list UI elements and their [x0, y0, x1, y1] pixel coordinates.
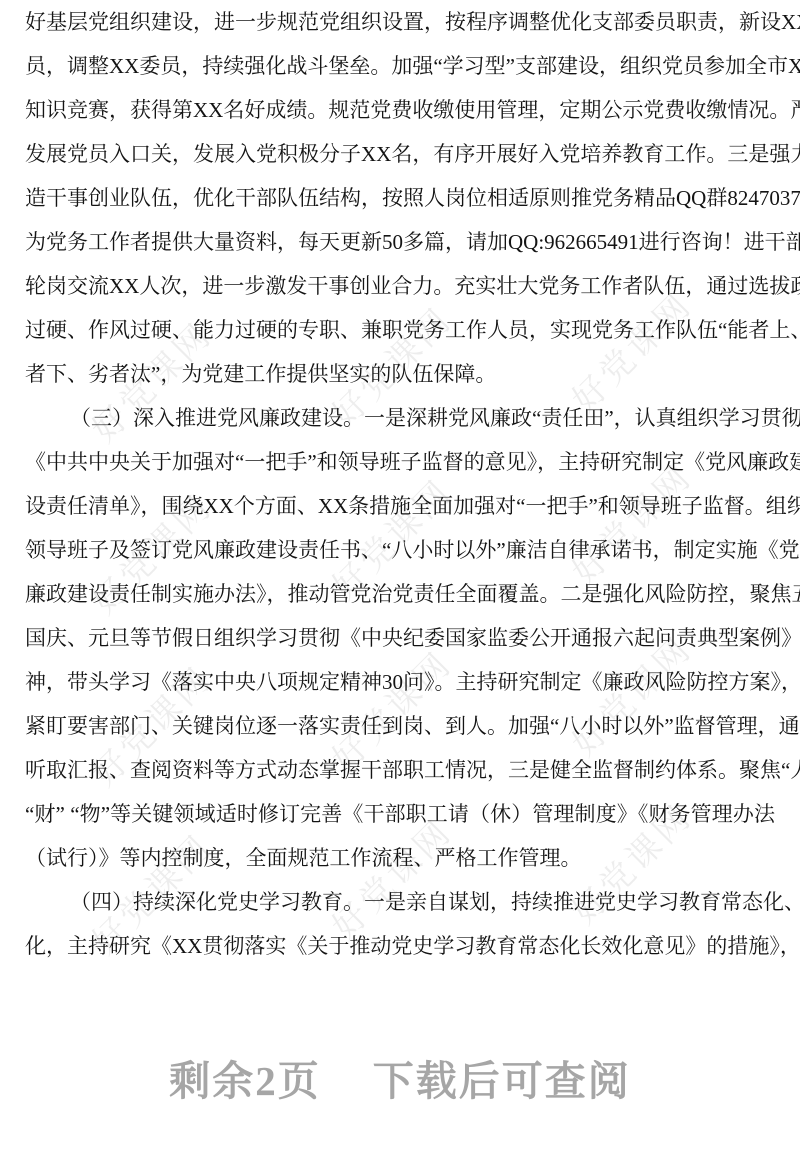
- text-line: （试行）》等内控制度，全面规范工作流程、严格工作管理。: [25, 836, 775, 880]
- text-line: 过硬、作风过硬、能力过硬的专职、兼职党务工作人员，实现党务工作队伍“能者上、庸: [25, 308, 775, 352]
- text-line: 发展党员入口关，发展入党积极分子XX名，有序开展好入党培养教育工作。三是强力打: [25, 132, 775, 176]
- text-line: 紧盯要害部门、关键岗位逐一落实责任到岗、到人。加强“八小时以外”监督管理，通过: [25, 704, 775, 748]
- text-line: 员，调整XX委员，持续强化战斗堡垒。加强“学习型”支部建设，组织党员参加全市XX: [25, 44, 775, 88]
- text-line: 造干事创业队伍，优化干部队伍结构，按照人岗位相适原则推党务精品QQ群824703…: [25, 176, 775, 220]
- text-line: 神，带头学习《落实中央八项规定精神30问》。主持研究制定《廉政风险防控方案》，: [25, 660, 775, 704]
- remaining-pages-notice: 剩余2页下载后可查阅: [0, 1058, 800, 1104]
- text-line: “财” “物”等关键领域适时修订完善《干部职工请（休）管理制度》《财务管理办法: [25, 792, 775, 836]
- text-line: 听取汇报、查阅资料等方式动态掌握干部职工情况，三是健全监督制约体系。聚焦“人”: [25, 748, 775, 792]
- text-line: 化，主持研究《XX贯彻落实《关于推动党史学习教育常态化长效化意见》的措施》，制: [25, 924, 775, 968]
- text-line: 好基层党组织建设，进一步规范党组织设置，按程序调整优化支部委员职责，新设XX委: [25, 0, 775, 44]
- text-line: 轮岗交流XX人次，进一步激发干事创业合力。充实壮大党务工作者队伍，通过选拔政治: [25, 264, 775, 308]
- text-line: （三）深入推进党风廉政建设。一是深耕党风廉政“责任田”，认真组织学习贯彻: [25, 396, 775, 440]
- paragraph: （三）深入推进党风廉政建设。一是深耕党风廉政“责任田”，认真组织学习贯彻《中共中…: [25, 396, 775, 880]
- text-line: （四）持续深化党史学习教育。一是亲自谋划，持续推进党史学习教育常态化、长效: [25, 880, 775, 924]
- text-line: 设责任清单》，围绕XX个方面、XX条措施全面加强对“一把手”和领导班子监督。组织: [25, 484, 775, 528]
- document-page: 好党课网好党课网好党课网好党课网好党课网好党课网好党课网好党课网好党课网好党课网…: [0, 0, 800, 1159]
- remaining-pages-label: 剩余2页: [169, 1058, 321, 1104]
- paragraph: 好基层党组织建设，进一步规范党组织设置，按程序调整优化支部委员职责，新设XX委员…: [25, 0, 775, 396]
- paragraph: （四）持续深化党史学习教育。一是亲自谋划，持续推进党史学习教育常态化、长效化，主…: [25, 880, 775, 968]
- download-hint-label: 下载后可查阅: [373, 1058, 631, 1104]
- text-line: 廉政建设责任制实施办法》，推动管党治党责任全面覆盖。二是强化风险防控，聚焦五一、: [25, 572, 775, 616]
- text-line: 国庆、元旦等节假日组织学习贯彻《中央纪委国家监委公开通报六起问责典型案例》等精: [25, 616, 775, 660]
- document-body: 好基层党组织建设，进一步规范党组织设置，按程序调整优化支部委员职责，新设XX委员…: [25, 0, 775, 968]
- text-line: 《中共中央关于加强对“一把手”和领导班子监督的意见》，主持研究制定《党风廉政建: [25, 440, 775, 484]
- text-line: 为党务工作者提供大量资料，每天更新50多篇，请加QQ:962665491进行咨询…: [25, 220, 775, 264]
- text-line: 者下、劣者汰”，为党建工作提供坚实的队伍保障。: [25, 352, 775, 396]
- text-line: 知识竞赛，获得第XX名好成绩。规范党费收缴使用管理，定期公示党费收缴情况。严把: [25, 88, 775, 132]
- text-line: 领导班子及签订党风廉政建设责任书、“八小时以外”廉洁自律承诺书，制定实施《党风: [25, 528, 775, 572]
